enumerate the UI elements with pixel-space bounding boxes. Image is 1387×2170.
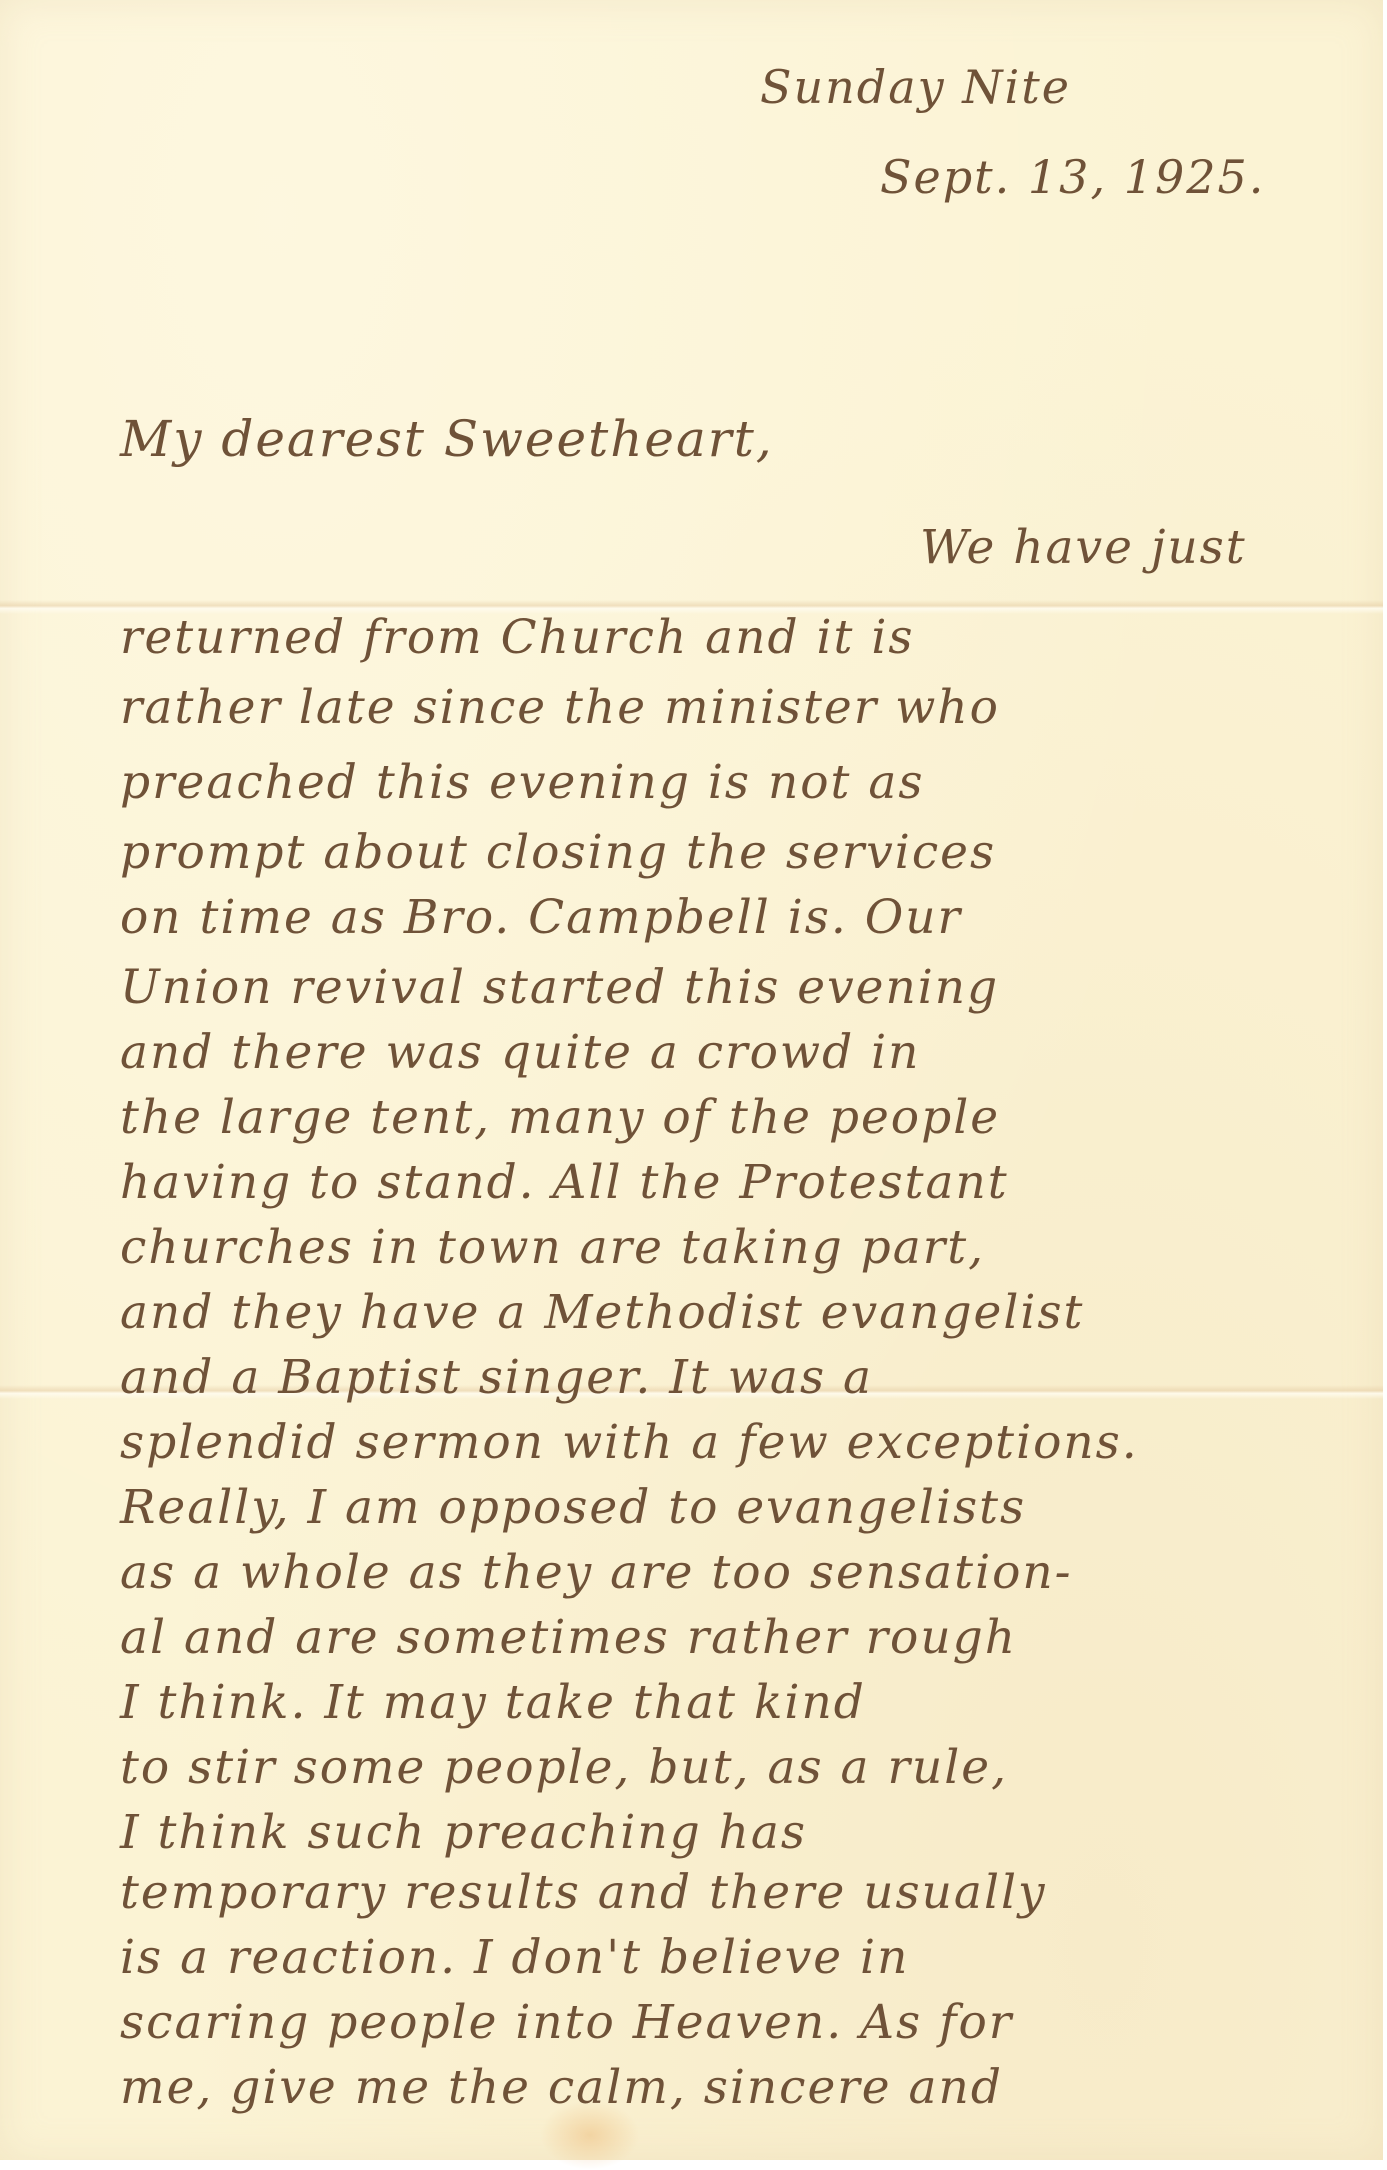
heading-day: Sunday Nite [760, 60, 1071, 114]
body-line: and a Baptist singer. It was a [120, 1350, 873, 1405]
body-line: Really, I am opposed to evangelists [120, 1480, 1026, 1535]
body-line: rather late since the minister who [120, 680, 1000, 735]
body-line: returned from Church and it is [120, 610, 915, 665]
body-line: I think. It may take that kind [120, 1675, 866, 1730]
body-line: prompt about closing the services [120, 825, 996, 880]
body-line: and they have a Methodist evangelist [120, 1285, 1084, 1340]
body-line: We have just [920, 520, 1247, 575]
body-line: having to stand. All the Protestant [120, 1155, 1009, 1210]
body-line: I think such preaching has [120, 1805, 807, 1860]
salutation: My dearest Sweetheart, [120, 410, 774, 468]
body-line: to stir some people, but, as a rule, [120, 1740, 1008, 1795]
body-line: churches in town are taking part, [120, 1220, 985, 1275]
letter-page: Sunday Nite Sept. 13, 1925. My dearest S… [0, 0, 1383, 2160]
body-line: and there was quite a crowd in [120, 1025, 920, 1080]
heading-date: Sept. 13, 1925. [880, 150, 1265, 204]
body-line: scaring people into Heaven. As for [120, 1995, 1013, 2050]
body-line: splendid sermon with a few exceptions. [120, 1415, 1139, 1470]
body-line: me, give me the calm, sincere and [120, 2060, 1003, 2115]
body-line: the large tent, many of the people [120, 1090, 1000, 1145]
body-line: temporary results and there usually [120, 1865, 1047, 1920]
body-line: is a reaction. I don't believe in [120, 1930, 909, 1985]
body-line: preached this evening is not as [120, 755, 924, 810]
body-line: on time as Bro. Campbell is. Our [120, 890, 962, 945]
body-line: as a whole as they are too sensation- [120, 1545, 1073, 1600]
body-line: al and are sometimes rather rough [120, 1610, 1017, 1665]
body-line: Union revival started this evening [120, 960, 999, 1015]
